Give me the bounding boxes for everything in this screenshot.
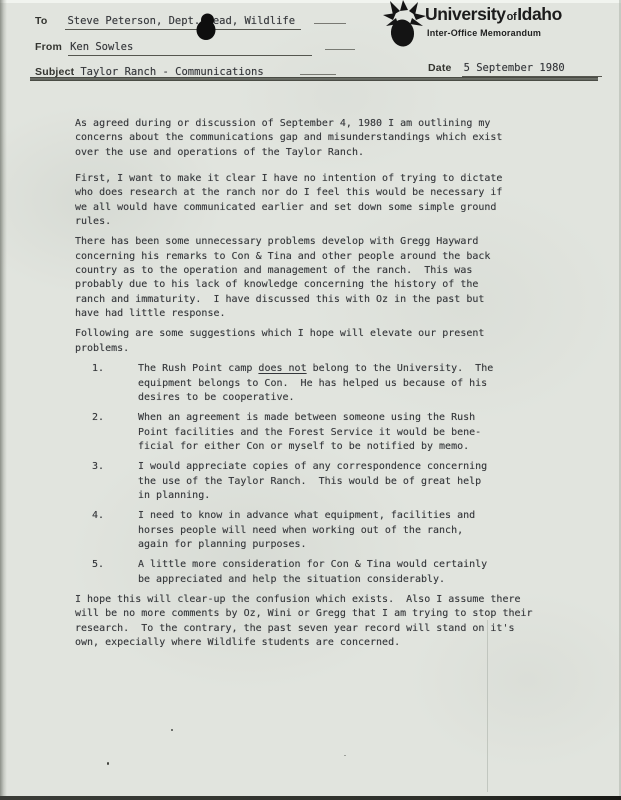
to-underline-tail <box>314 11 346 24</box>
logo-brand: UniversityofIdaho <box>425 5 562 26</box>
list-item-2-number: 2. <box>92 411 138 454</box>
header-divider-rule <box>30 77 598 81</box>
list-item-4-number: 4. <box>92 509 138 552</box>
date-label: Date <box>428 62 452 74</box>
paper-speck <box>107 762 109 765</box>
list-item-5: 5. A little more consideration for Con &… <box>92 558 580 587</box>
list-item-3-number: 3. <box>92 460 138 503</box>
list-item-1-number: 1. <box>92 362 138 405</box>
from-label: From <box>35 41 62 53</box>
brand-of: of <box>507 11 517 23</box>
closing-paragraph: I hope this will clear-up the confusion … <box>75 593 580 650</box>
ink-blot <box>194 12 222 42</box>
logo-text: UniversityofIdaho Inter-Office Memorandu… <box>425 0 562 38</box>
list-item-4: 4. I need to know in advance what equipm… <box>92 509 580 552</box>
memo-body: As agreed during or discussion of Septem… <box>75 117 580 656</box>
list-item-1: 1. The Rush Point camp does not belong t… <box>92 362 580 405</box>
paper-speck <box>171 729 173 731</box>
list-item-1-text-underlined: does not <box>258 363 306 374</box>
paper-edge-left <box>0 0 7 800</box>
list-item-5-text-pre: A little more consideration for Con & Ti… <box>138 559 487 584</box>
paragraph-4: Following are some suggestions which I h… <box>75 327 580 356</box>
list-item-3-text: I would appreciate copies of any corresp… <box>138 460 487 503</box>
list-item-5-text: A little more consideration for Con & Ti… <box>138 558 487 587</box>
list-item-5-number: 5. <box>92 558 138 587</box>
list-item-3: 3. I would appreciate copies of any corr… <box>92 460 580 503</box>
paper-speck <box>344 755 346 756</box>
paragraph-2: First, I want to make it clear I have no… <box>75 172 580 229</box>
logo-subtitle: Inter-Office Memorandum <box>427 28 562 38</box>
list-item-4-text-pre: I need to know in advance what equipment… <box>138 510 475 550</box>
university-emblem-icon <box>383 0 427 50</box>
brand-university: University <box>425 4 506 24</box>
paragraph-3: There has been some unnecessary problems… <box>75 235 580 321</box>
list-item-2: 2. When an agreement is made between som… <box>92 411 580 454</box>
to-label: To <box>35 15 47 27</box>
paper-edge-bottom <box>0 796 621 800</box>
list-item-1-text: The Rush Point camp does not belong to t… <box>138 362 493 405</box>
memo-page: To Steve Peterson, Dept. Head, Wildlife … <box>0 0 621 800</box>
brand-idaho: Idaho <box>517 4 562 24</box>
university-logo: UniversityofIdaho Inter-Office Memorandu… <box>383 0 562 50</box>
subject-underline-tail <box>300 62 336 75</box>
list-item-1-text-pre: The Rush Point camp <box>138 363 258 374</box>
list-item-3-text-pre: I would appreciate copies of any corresp… <box>138 461 487 501</box>
date-value: 5 September 1980 <box>462 62 602 77</box>
paragraph-1: As agreed during or discussion of Septem… <box>75 117 580 160</box>
field-date: Date 5 September 1980 <box>428 62 602 77</box>
list-item-4-text: I need to know in advance what equipment… <box>138 509 475 552</box>
to-value: Steve Peterson, Dept. Head, Wildlife <box>65 15 301 30</box>
list-item-2-text-pre: When an agreement is made between someon… <box>138 412 481 452</box>
list-item-2-text: When an agreement is made between someon… <box>138 411 481 454</box>
from-value: Ken Sowles <box>68 41 312 56</box>
field-to: To Steve Peterson, Dept. Head, Wildlife <box>35 11 346 30</box>
from-underline-tail <box>325 37 355 50</box>
